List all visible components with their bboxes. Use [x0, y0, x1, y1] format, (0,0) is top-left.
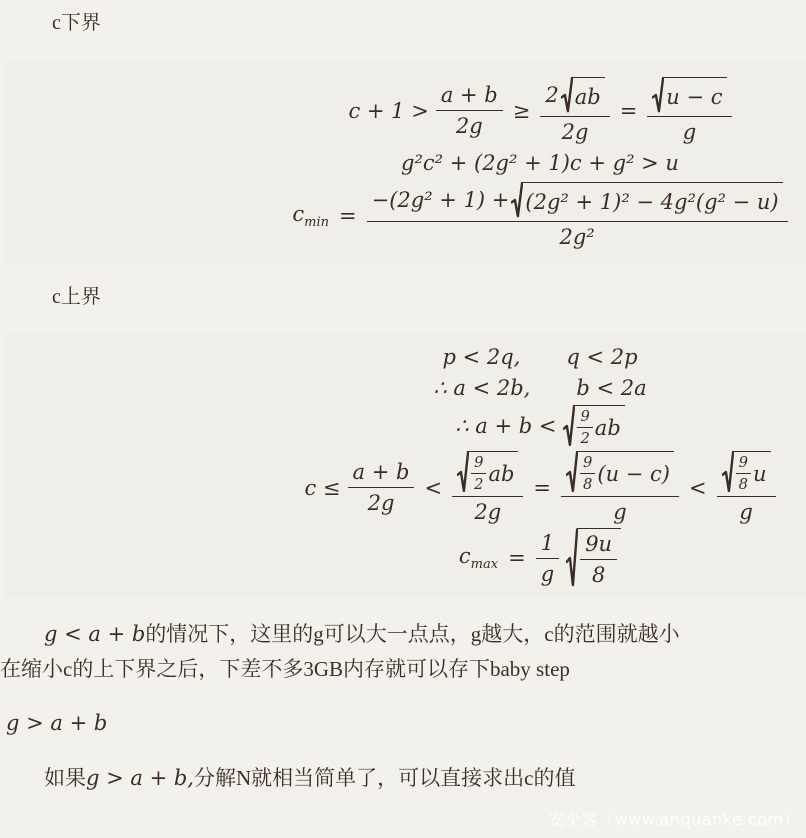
subscript-min: min [304, 215, 329, 230]
fraction-denominator: 2g² [367, 222, 788, 250]
c-max-symbol: cmax [459, 544, 498, 571]
fraction-denominator: 2g [540, 117, 609, 145]
small-fraction: 9 8 [580, 454, 595, 493]
equation-lower-line3: cmin = −(2g² + 1) + (2g² + 1)² − 4g²(g² … [286, 181, 794, 250]
sqrt-expression: 9 2 ab [457, 451, 518, 493]
relation-geq: ≥ [510, 99, 534, 123]
sqrt-expression: 9u 8 [566, 528, 621, 588]
math-text: ∴ a < 2b, [433, 376, 530, 400]
paragraph-line-1: g < a + b的情况下，这里的g可以大一点点，g越大，c的范围就越小 [0, 617, 806, 652]
radicand: 9 8 u [733, 451, 771, 493]
inline-math-g-less: g < a + b [44, 622, 145, 646]
math-lead: ∴ a + b < [455, 414, 556, 438]
fraction-denominator: 2 [577, 428, 592, 447]
subscript-max: max [471, 558, 498, 573]
fraction-numerator: 9u [580, 531, 617, 560]
fraction-numerator: 9 [577, 408, 592, 428]
radicand: 9 2 ab [574, 405, 624, 447]
small-fraction: 9 2 [471, 454, 486, 493]
equation-lower-line1: c + 1 > a + b 2g ≥ 2 ab 2g = [286, 76, 794, 145]
math-text: −(2g² + 1) + [372, 188, 510, 212]
fraction-denominator: 8 [580, 560, 617, 588]
radicand: u − c [663, 77, 726, 113]
fraction-numerator: 9 [471, 454, 486, 474]
c-min-symbol: cmin [292, 202, 329, 229]
radicand: (2g² + 1)² − 4g²(g² − u) [522, 182, 782, 218]
math-text: u [753, 462, 767, 486]
fraction-numerator: 1 [536, 530, 559, 559]
radicand: 9u 8 [577, 528, 621, 588]
fraction: 1 g [536, 530, 559, 587]
heading-c-upper-bound: c上界 [52, 284, 806, 310]
equation-lower-line2: g²c² + (2g² + 1)c + g² > u [286, 149, 794, 177]
math-block-c-lower: c + 1 > a + b 2g ≥ 2 ab 2g = [6, 62, 806, 264]
coefficient: 2 [545, 83, 558, 107]
sqrt-expression: 9 2 ab [563, 405, 624, 447]
fraction: 9 2 ab 2g [452, 450, 523, 525]
paragraph-g-greater-case: 如果g > a + b,分解N就相当简单了，可以直接求出c的值 [0, 761, 806, 796]
equation-upper-line3: ∴ a + b < 9 2 ab [286, 405, 794, 447]
math-lead: c + 1 > [348, 99, 428, 123]
math-text: b < 2a [576, 376, 646, 400]
math-text: q < 2p [566, 345, 637, 369]
fraction: −(2g² + 1) + (2g² + 1)² − 4g²(g² − u) 2g… [367, 181, 788, 250]
sqrt-expression: u − c [652, 77, 726, 113]
relation-equals: = [617, 99, 641, 123]
fraction: u − c g [647, 76, 731, 145]
paragraph-text: 的情况下，这里的g可以大一点点，g越大，c的范围就越小 [145, 622, 679, 646]
fraction-numerator: 9 [580, 454, 595, 474]
relation-less-than: < [421, 476, 445, 500]
equation-upper-line1: p < 2q, q < 2p [286, 343, 794, 371]
equation-upper-line2: ∴ a < 2b, b < 2a [286, 374, 794, 402]
relation-equals: = [530, 476, 554, 500]
fraction-denominator: g [647, 117, 731, 145]
radicand: 9 8 (u − c) [577, 451, 674, 493]
fraction-numerator: −(2g² + 1) + (2g² + 1)² − 4g²(g² − u) [367, 181, 788, 222]
small-fraction: 9 8 [736, 454, 751, 493]
heading-g-greater-case: g > a + b [6, 711, 806, 735]
fraction-denominator: 2g [348, 488, 415, 516]
heading-c-lower-bound: c下界 [52, 10, 806, 36]
fraction-numerator: a + b [348, 459, 415, 488]
fraction-numerator: 2 ab [540, 76, 609, 117]
fraction-denominator: 2g [452, 497, 523, 525]
equation-upper-line5: cmax = 1 g 9u 8 [286, 528, 794, 588]
small-fraction: 9 2 [577, 408, 592, 447]
fraction-denominator: g [536, 559, 559, 587]
anquanke-watermark: 安全客（www.anquanke.com） [549, 807, 800, 830]
fraction: a + b 2g [436, 82, 503, 139]
relation-less-than: < [686, 476, 710, 500]
math-text: g²c² + (2g² + 1)c + g² > u [401, 151, 679, 175]
math-text: ab [595, 416, 621, 440]
paragraph-line-2: 在缩小c的上下界之后，下差不多3GB内存就可以存下baby step [0, 652, 806, 687]
math-block-c-upper: p < 2q, q < 2p ∴ a < 2b, b < 2a ∴ a + b … [6, 332, 806, 599]
inline-math-g-greater: g > a + b, [86, 766, 194, 790]
fraction: a + b 2g [348, 459, 415, 516]
fraction-denominator: g [717, 497, 776, 525]
fraction-denominator: 8 [580, 474, 595, 493]
fraction: 9 8 u g [717, 450, 776, 525]
fraction-denominator: g [561, 497, 679, 525]
fraction-denominator: 2g [436, 111, 503, 139]
equation-upper-line4: c ≤ a + b 2g < 9 2 ab [286, 450, 794, 525]
paragraph-text: 如果 [44, 766, 86, 790]
fraction-denominator: 2 [471, 474, 486, 493]
fraction: 9 8 (u − c) g [561, 450, 679, 525]
fraction-numerator: a + b [436, 82, 503, 111]
fraction-numerator: 9 [736, 454, 751, 474]
sqrt-expression: ab [561, 77, 605, 113]
radicand: 9 2 ab [468, 451, 518, 493]
radicand: ab [572, 77, 605, 113]
article-content: c下界 c + 1 > a + b 2g ≥ 2 ab 2g = [0, 0, 806, 796]
fraction-denominator: 8 [736, 474, 751, 493]
relation-equals: = [336, 204, 360, 228]
fraction: 2 ab 2g [540, 76, 609, 145]
math-lead: c ≤ [305, 476, 341, 500]
fraction-numerator: 9 8 u [717, 450, 776, 497]
fraction-numerator: u − c [647, 76, 731, 117]
relation-equals: = [505, 546, 529, 570]
fraction-numerator: 9 8 (u − c) [561, 450, 679, 497]
math-text: ab [488, 462, 514, 486]
sqrt-expression: (2g² + 1)² − 4g²(g² − u) [511, 182, 782, 218]
paragraph-g-less-case: g < a + b的情况下，这里的g可以大一点点，g越大，c的范围就越小 在缩小… [0, 617, 806, 687]
paragraph-text: 分解N就相当简单了，可以直接求出c的值 [194, 766, 576, 790]
sqrt-expression: 9 8 (u − c) [566, 451, 674, 493]
math-text: p < 2q, [442, 345, 520, 369]
fraction-numerator: 9 2 ab [452, 450, 523, 497]
sqrt-expression: 9 8 u [722, 451, 771, 493]
fraction: 9u 8 [580, 531, 617, 588]
math-text: (u − c) [597, 462, 670, 486]
